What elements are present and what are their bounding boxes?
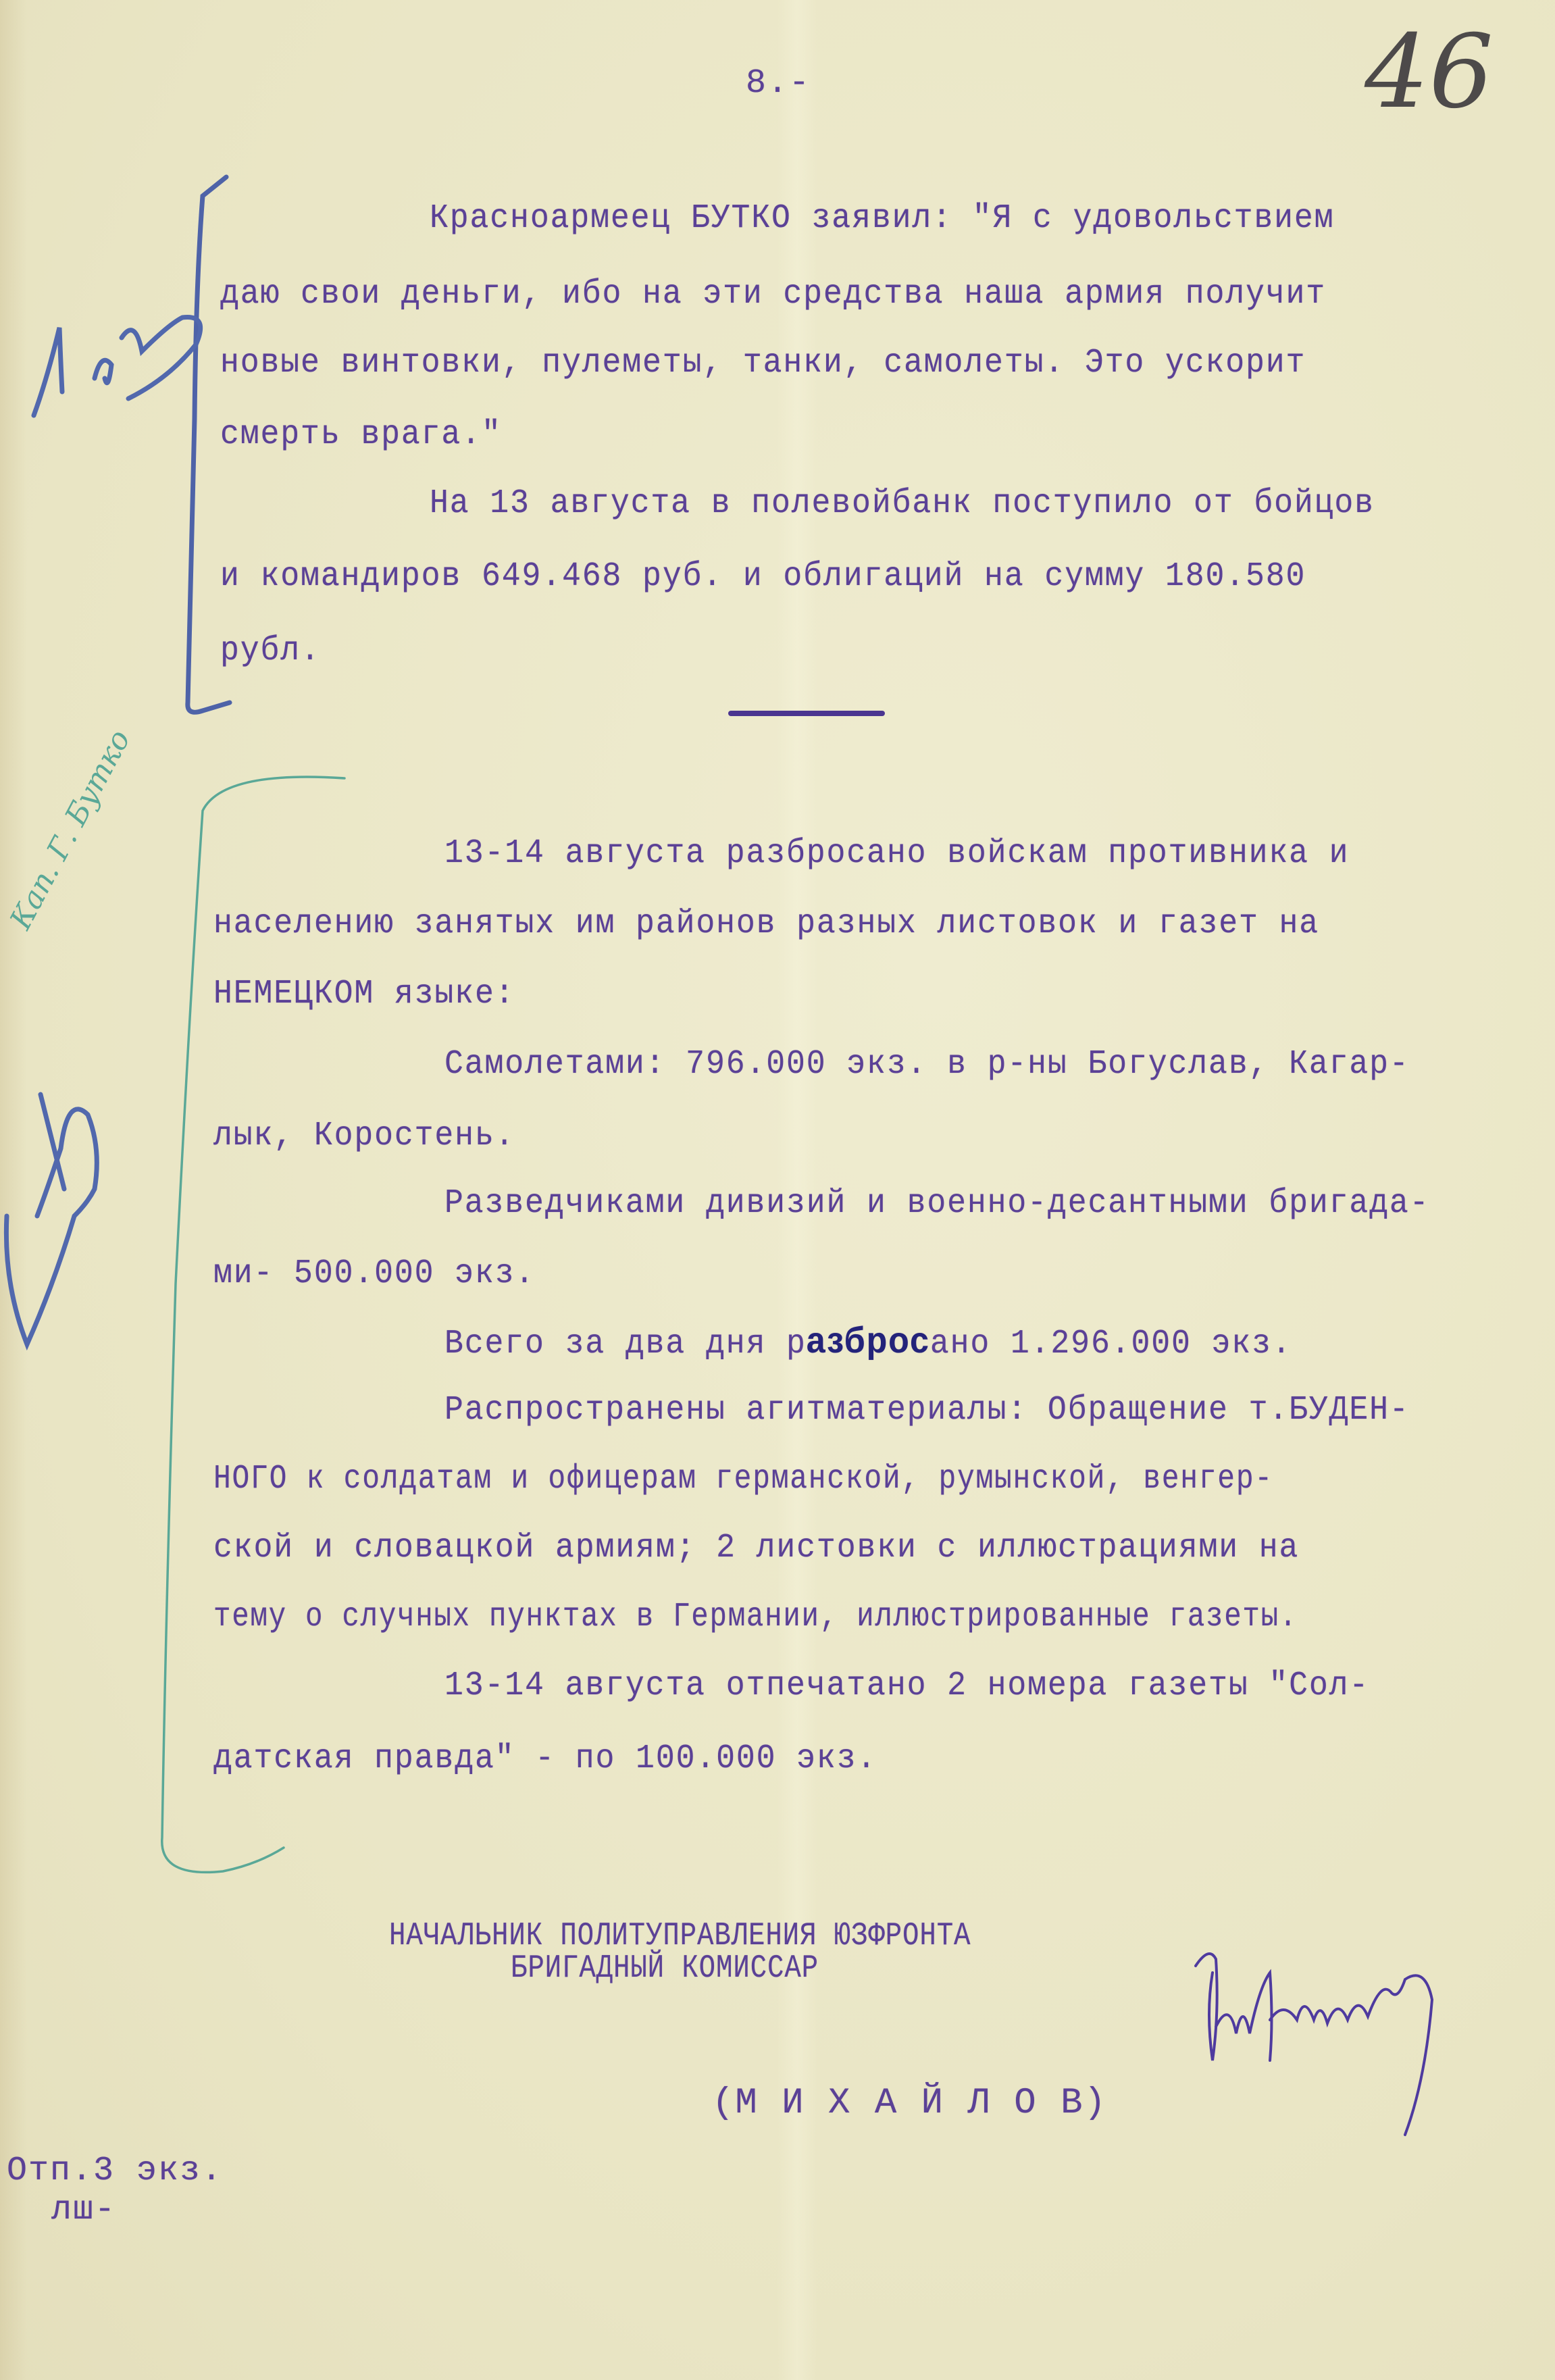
text-line: Самолетами: 796.000 экз. в р-ны Богуслав… <box>444 1046 1410 1084</box>
typist-initials: лш- <box>51 2192 116 2229</box>
text-line: и командиров 649.468 руб. и облигаций на… <box>220 558 1306 596</box>
pencil-initials-icon <box>34 318 201 416</box>
signatory-title-line2: БРИГАДНЫЙ КОМИССАР <box>511 1950 819 1987</box>
text-line: Красноармеец БУТКО заявил: "Я с удовольс… <box>430 200 1334 238</box>
document-page: Кап. Г. Бутко 8.- 46 Красноармеец БУТКО … <box>0 0 1555 2380</box>
page-number: 8.- <box>746 65 811 103</box>
text-line: 13-14 августа отпечатано 2 номера газеты… <box>444 1667 1369 1705</box>
typed-signatory-name: (М И Х А Й Л О В) <box>712 2085 1107 2123</box>
total-prefix: Всего за два дня р <box>444 1325 807 1363</box>
handwritten-signature-icon <box>1196 1954 1432 2135</box>
pencil-initials-mid-icon <box>6 1094 97 1344</box>
text-line: тему о случных пунктах в Германии, иллюс… <box>213 1598 1298 1636</box>
archive-sheet-number: 46 <box>1365 14 1494 131</box>
text-line: рубл. <box>220 632 321 670</box>
text-line: датская правда" - по 100.000 экз. <box>213 1740 877 1778</box>
text-line: смерть врага." <box>220 416 502 454</box>
text-line: новые винтовки, пулеметы, танки, самолет… <box>220 345 1306 382</box>
text-line: Разведчиками дивизий и военно-десантными… <box>444 1185 1429 1223</box>
section-divider <box>728 711 885 716</box>
text-line: НЕМЕЦКОМ языке: <box>213 976 515 1013</box>
copies-note: Отп.3 экз. <box>7 2152 223 2190</box>
text-line-total: Всего за два дня разбросано 1.296.000 эк… <box>444 1321 1292 1363</box>
text-line: ми- 500.000 экз. <box>213 1255 535 1293</box>
text-line: населению занятых им районов разных лист… <box>213 905 1319 943</box>
corrected-word-stamp: азброс <box>807 1320 930 1361</box>
text-line: даю свои деньги, ибо на эти средства наш… <box>220 276 1326 313</box>
text-line: 13-14 августа разбросано войскам противн… <box>444 835 1349 873</box>
text-line: ской и словацкой армиям; 2 листовки с ил… <box>213 1529 1299 1567</box>
text-line: На 13 августа в полевойбанк поступило от… <box>430 485 1375 523</box>
text-line: НОГО к солдатам и офицерам германской, р… <box>213 1461 1273 1498</box>
text-line: Распространены агитматериалы: Обращение … <box>444 1392 1410 1429</box>
text-line: лык, Коростень. <box>213 1117 515 1155</box>
total-suffix: ано 1.296.000 экз. <box>930 1325 1292 1363</box>
